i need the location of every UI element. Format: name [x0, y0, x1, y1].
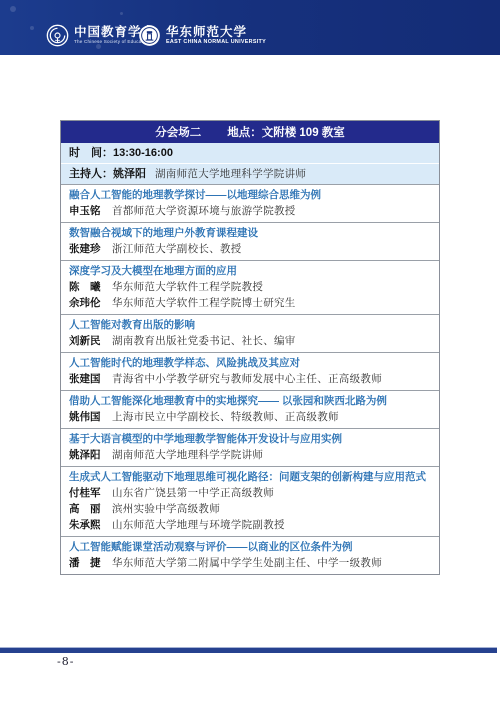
speaker-affiliation: 首都师范大学资源环境与旅游学院教授	[112, 203, 296, 219]
speaker-name: 刘新民	[69, 333, 103, 349]
session-table-header: 分会场二 地点：文附楼 109 教室	[61, 121, 439, 143]
speaker-line: 陈 曦华东师范大学软件工程学院教授	[69, 279, 431, 295]
speaker-name: 朱承熙	[69, 517, 103, 533]
header-band: 中国教育学会 The Chinese Society of Education …	[0, 0, 500, 55]
speaker-name: 张建国	[69, 371, 103, 387]
talk-title: 深度学习及大模型在地理方面的应用	[69, 263, 431, 279]
speaker-line: 余玮伦华东师范大学软件工程学院博士研究生	[69, 295, 431, 311]
talk-row: 深度学习及大模型在地理方面的应用陈 曦华东师范大学软件工程学院教授余玮伦华东师范…	[61, 260, 439, 314]
speaker-line: 刘新民湖南教育出版社党委书记、社长、编审	[69, 333, 431, 349]
speaker-affiliation: 华东师范大学软件工程学院博士研究生	[112, 295, 296, 311]
decorative-dot	[10, 6, 16, 12]
talk-title: 生成式人工智能驱动下地理思维可视化路径：问题支架的创新构建与应用范式	[69, 469, 431, 485]
talk-title: 数智融合视域下的地理户外教育课程建设	[69, 225, 431, 241]
ecnu-name: 华东师范大学	[166, 26, 266, 39]
speaker-affiliation: 浙江师范大学副校长、教授	[112, 241, 242, 257]
speaker-name: 姚泽阳	[69, 447, 103, 463]
talk-title: 基于大语言模型的中学地理教学智能体开发设计与应用实例	[69, 431, 431, 447]
session-time-row: 时 间： 13:30-16:00	[61, 143, 439, 163]
talk-title: 人工智能对教育出版的影响	[69, 317, 431, 333]
talk-row: 人工智能对教育出版的影响刘新民湖南教育出版社党委书记、社长、编审	[61, 314, 439, 352]
speaker-affiliation: 青海省中小学教学研究与教师发展中心主任、正高级教师	[112, 371, 382, 387]
speaker-affiliation: 山东省广饶县第一中学正高级教师	[112, 485, 274, 501]
speaker-line: 张建国青海省中小学教学研究与教师发展中心主任、正高级教师	[69, 371, 431, 387]
footer-rule	[0, 647, 497, 653]
session-location: 地点：文附楼 109 教室	[227, 124, 345, 140]
speaker-name: 张建珍	[69, 241, 103, 257]
speaker-line: 潘 捷华东师范大学第二附属中学学生处副主任、中学一级教师	[69, 555, 431, 571]
session-title: 分会场二	[155, 124, 201, 140]
ecnu-subtitle: EAST CHINA NORMAL UNIVERSITY	[166, 40, 266, 45]
talk-list: 融合人工智能的地理教学探讨——以地理综合思维为例申玉铭首都师范大学资源环境与旅游…	[61, 184, 439, 574]
page-number: -8-	[57, 655, 74, 668]
speaker-name: 申玉铭	[69, 203, 103, 219]
speaker-name: 姚伟国	[69, 409, 103, 425]
host-name: 姚泽阳	[113, 166, 146, 182]
talk-row: 融合人工智能的地理教学探讨——以地理综合思维为例申玉铭首都师范大学资源环境与旅游…	[61, 184, 439, 222]
talk-title: 人工智能赋能课堂活动观察与评价——以商业的区位条件为例	[69, 539, 431, 555]
session-table: 分会场二 地点：文附楼 109 教室 时 间： 13:30-16:00 主持人：…	[60, 120, 440, 575]
speaker-line: 朱承熙山东师范大学地理与环境学院副教授	[69, 517, 431, 533]
speaker-affiliation: 华东师范大学第二附属中学学生处副主任、中学一级教师	[112, 555, 382, 571]
speaker-name: 付桂军	[69, 485, 103, 501]
speaker-name: 高 丽	[69, 501, 103, 517]
talk-title: 融合人工智能的地理教学探讨——以地理综合思维为例	[69, 187, 431, 203]
talk-row: 基于大语言模型的中学地理教学智能体开发设计与应用实例姚泽阳湖南师范大学地理科学学…	[61, 428, 439, 466]
session-info-block: 时 间： 13:30-16:00 主持人： 姚泽阳 湖南师范大学地理科学学院讲师	[61, 143, 439, 184]
speaker-line: 申玉铭首都师范大学资源环境与旅游学院教授	[69, 203, 431, 219]
speaker-affiliation: 华东师范大学软件工程学院教授	[112, 279, 263, 295]
host-affiliation: 湖南师范大学地理科学学院讲师	[155, 166, 306, 182]
speaker-line: 高 丽滨州实验中学高级教师	[69, 501, 431, 517]
decorative-dot	[30, 26, 34, 30]
speaker-name: 潘 捷	[69, 555, 103, 571]
talk-title: 人工智能时代的地理教学样态、风险挑战及其应对	[69, 355, 431, 371]
speaker-line: 张建珍浙江师范大学副校长、教授	[69, 241, 431, 257]
decorative-dot	[120, 12, 123, 15]
speaker-affiliation: 山东师范大学地理与环境学院副教授	[112, 517, 285, 533]
talk-row: 人工智能时代的地理教学样态、风险挑战及其应对张建国青海省中小学教学研究与教师发展…	[61, 352, 439, 390]
ecnu-logo: 华东师范大学 EAST CHINA NORMAL UNIVERSITY	[138, 24, 266, 47]
speaker-affiliation: 上海市民立中学副校长、特级教师、正高级教师	[112, 409, 339, 425]
speaker-line: 姚泽阳湖南师范大学地理科学学院讲师	[69, 447, 431, 463]
speaker-affiliation: 滨州实验中学高级教师	[112, 501, 220, 517]
talk-row: 生成式人工智能驱动下地理思维可视化路径：问题支架的创新构建与应用范式付桂军山东省…	[61, 466, 439, 536]
ecnu-seal-icon	[138, 24, 161, 47]
talk-row: 人工智能赋能课堂活动观察与评价——以商业的区位条件为例潘 捷华东师范大学第二附属…	[61, 536, 439, 574]
speaker-line: 姚伟国上海市民立中学副校长、特级教师、正高级教师	[69, 409, 431, 425]
session-host-row: 主持人： 姚泽阳 湖南师范大学地理科学学院讲师	[61, 163, 439, 184]
time-label: 时 间：	[69, 145, 113, 161]
speaker-name: 余玮伦	[69, 295, 103, 311]
host-label: 主持人：	[69, 166, 113, 182]
talk-row: 数智融合视域下的地理户外教育课程建设张建珍浙江师范大学副校长、教授	[61, 222, 439, 260]
talk-title: 借助人工智能深化地理教育中的实地探究—— 以张园和陕西北路为例	[69, 393, 431, 409]
talk-row: 借助人工智能深化地理教育中的实地探究—— 以张园和陕西北路为例姚伟国上海市民立中…	[61, 390, 439, 428]
speaker-affiliation: 湖南教育出版社党委书记、社长、编审	[112, 333, 296, 349]
speaker-name: 陈 曦	[69, 279, 103, 295]
speaker-line: 付桂军山东省广饶县第一中学正高级教师	[69, 485, 431, 501]
speaker-affiliation: 湖南师范大学地理科学学院讲师	[112, 447, 263, 463]
cse-emblem-icon	[46, 24, 69, 47]
time-value: 13:30-16:00	[113, 145, 173, 161]
